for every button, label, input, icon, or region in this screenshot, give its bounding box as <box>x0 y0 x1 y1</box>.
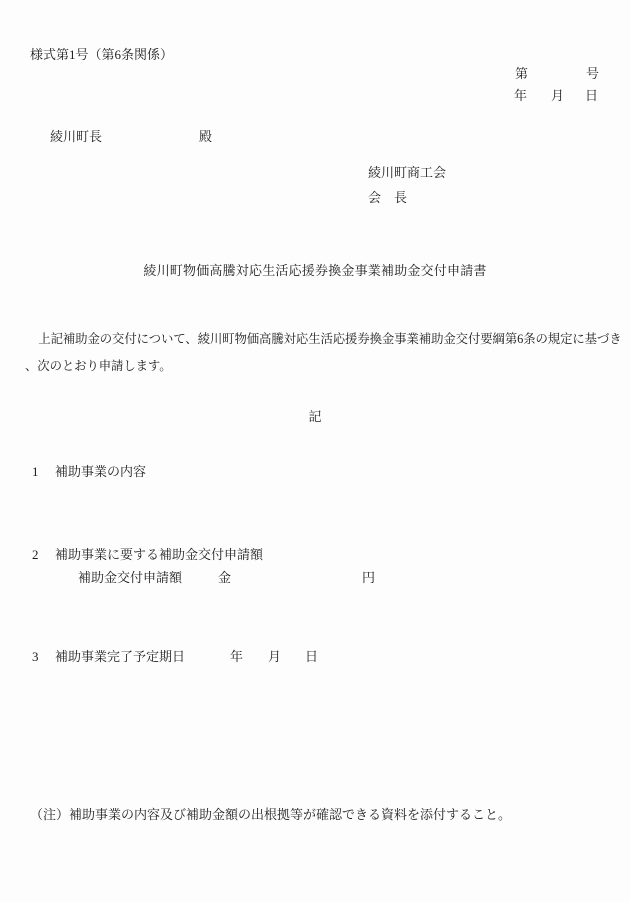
item-2-currency-suffix-label: 円 <box>362 570 375 586</box>
item-3-label: 補助事業完了予定期日 <box>55 649 185 665</box>
addressee-name: 綾川町長 <box>50 129 102 145</box>
document-title: 綾川町物価高騰対応生活応援券換金事業補助金交付申請書 <box>0 263 630 279</box>
item-2-currency-prefix-label: 金 <box>218 570 231 586</box>
date-year-label: 年 <box>514 88 527 104</box>
applicant-organization: 綾川町商工会 <box>368 165 446 181</box>
item-2-label: 補助事業に要する補助金交付申請額 <box>55 547 263 563</box>
record-heading: 記 <box>0 409 630 425</box>
doc-number-suffix-label: 号 <box>586 66 599 82</box>
item-3-year-label: 年 <box>230 649 243 665</box>
item-1-number: 1 <box>32 464 39 480</box>
item-3-number: 3 <box>32 649 39 665</box>
item-2-number: 2 <box>32 547 39 563</box>
item-3-day-label: 日 <box>305 649 318 665</box>
footnote: （注）補助事業の内容及び補助金額の出根拠等が確認できる資料を添付すること。 <box>30 807 511 823</box>
document-page: 様式第1号（第6条関係） 第 号 年 月 日 綾川町長 殿 綾川町商工会 会 長… <box>0 0 630 903</box>
date-day-label: 日 <box>585 88 598 104</box>
body-line-2: 、次のとおり申請します。 <box>25 358 172 374</box>
addressee-honorific-label: 殿 <box>199 129 212 145</box>
item-3-month-label: 月 <box>268 649 281 665</box>
date-month-label: 月 <box>551 88 564 104</box>
applicant-title: 会 長 <box>368 190 407 206</box>
item-2-sub-label: 補助金交付申請額 <box>78 570 182 586</box>
form-number-label: 様式第1号（第6条関係） <box>30 47 173 63</box>
item-1-label: 補助事業の内容 <box>55 464 146 480</box>
doc-number-prefix-label: 第 <box>515 66 528 82</box>
body-line-1: 上記補助金の交付について、綾川町物価高騰対応生活応援券換金事業補助金交付要綱第6… <box>26 331 622 347</box>
